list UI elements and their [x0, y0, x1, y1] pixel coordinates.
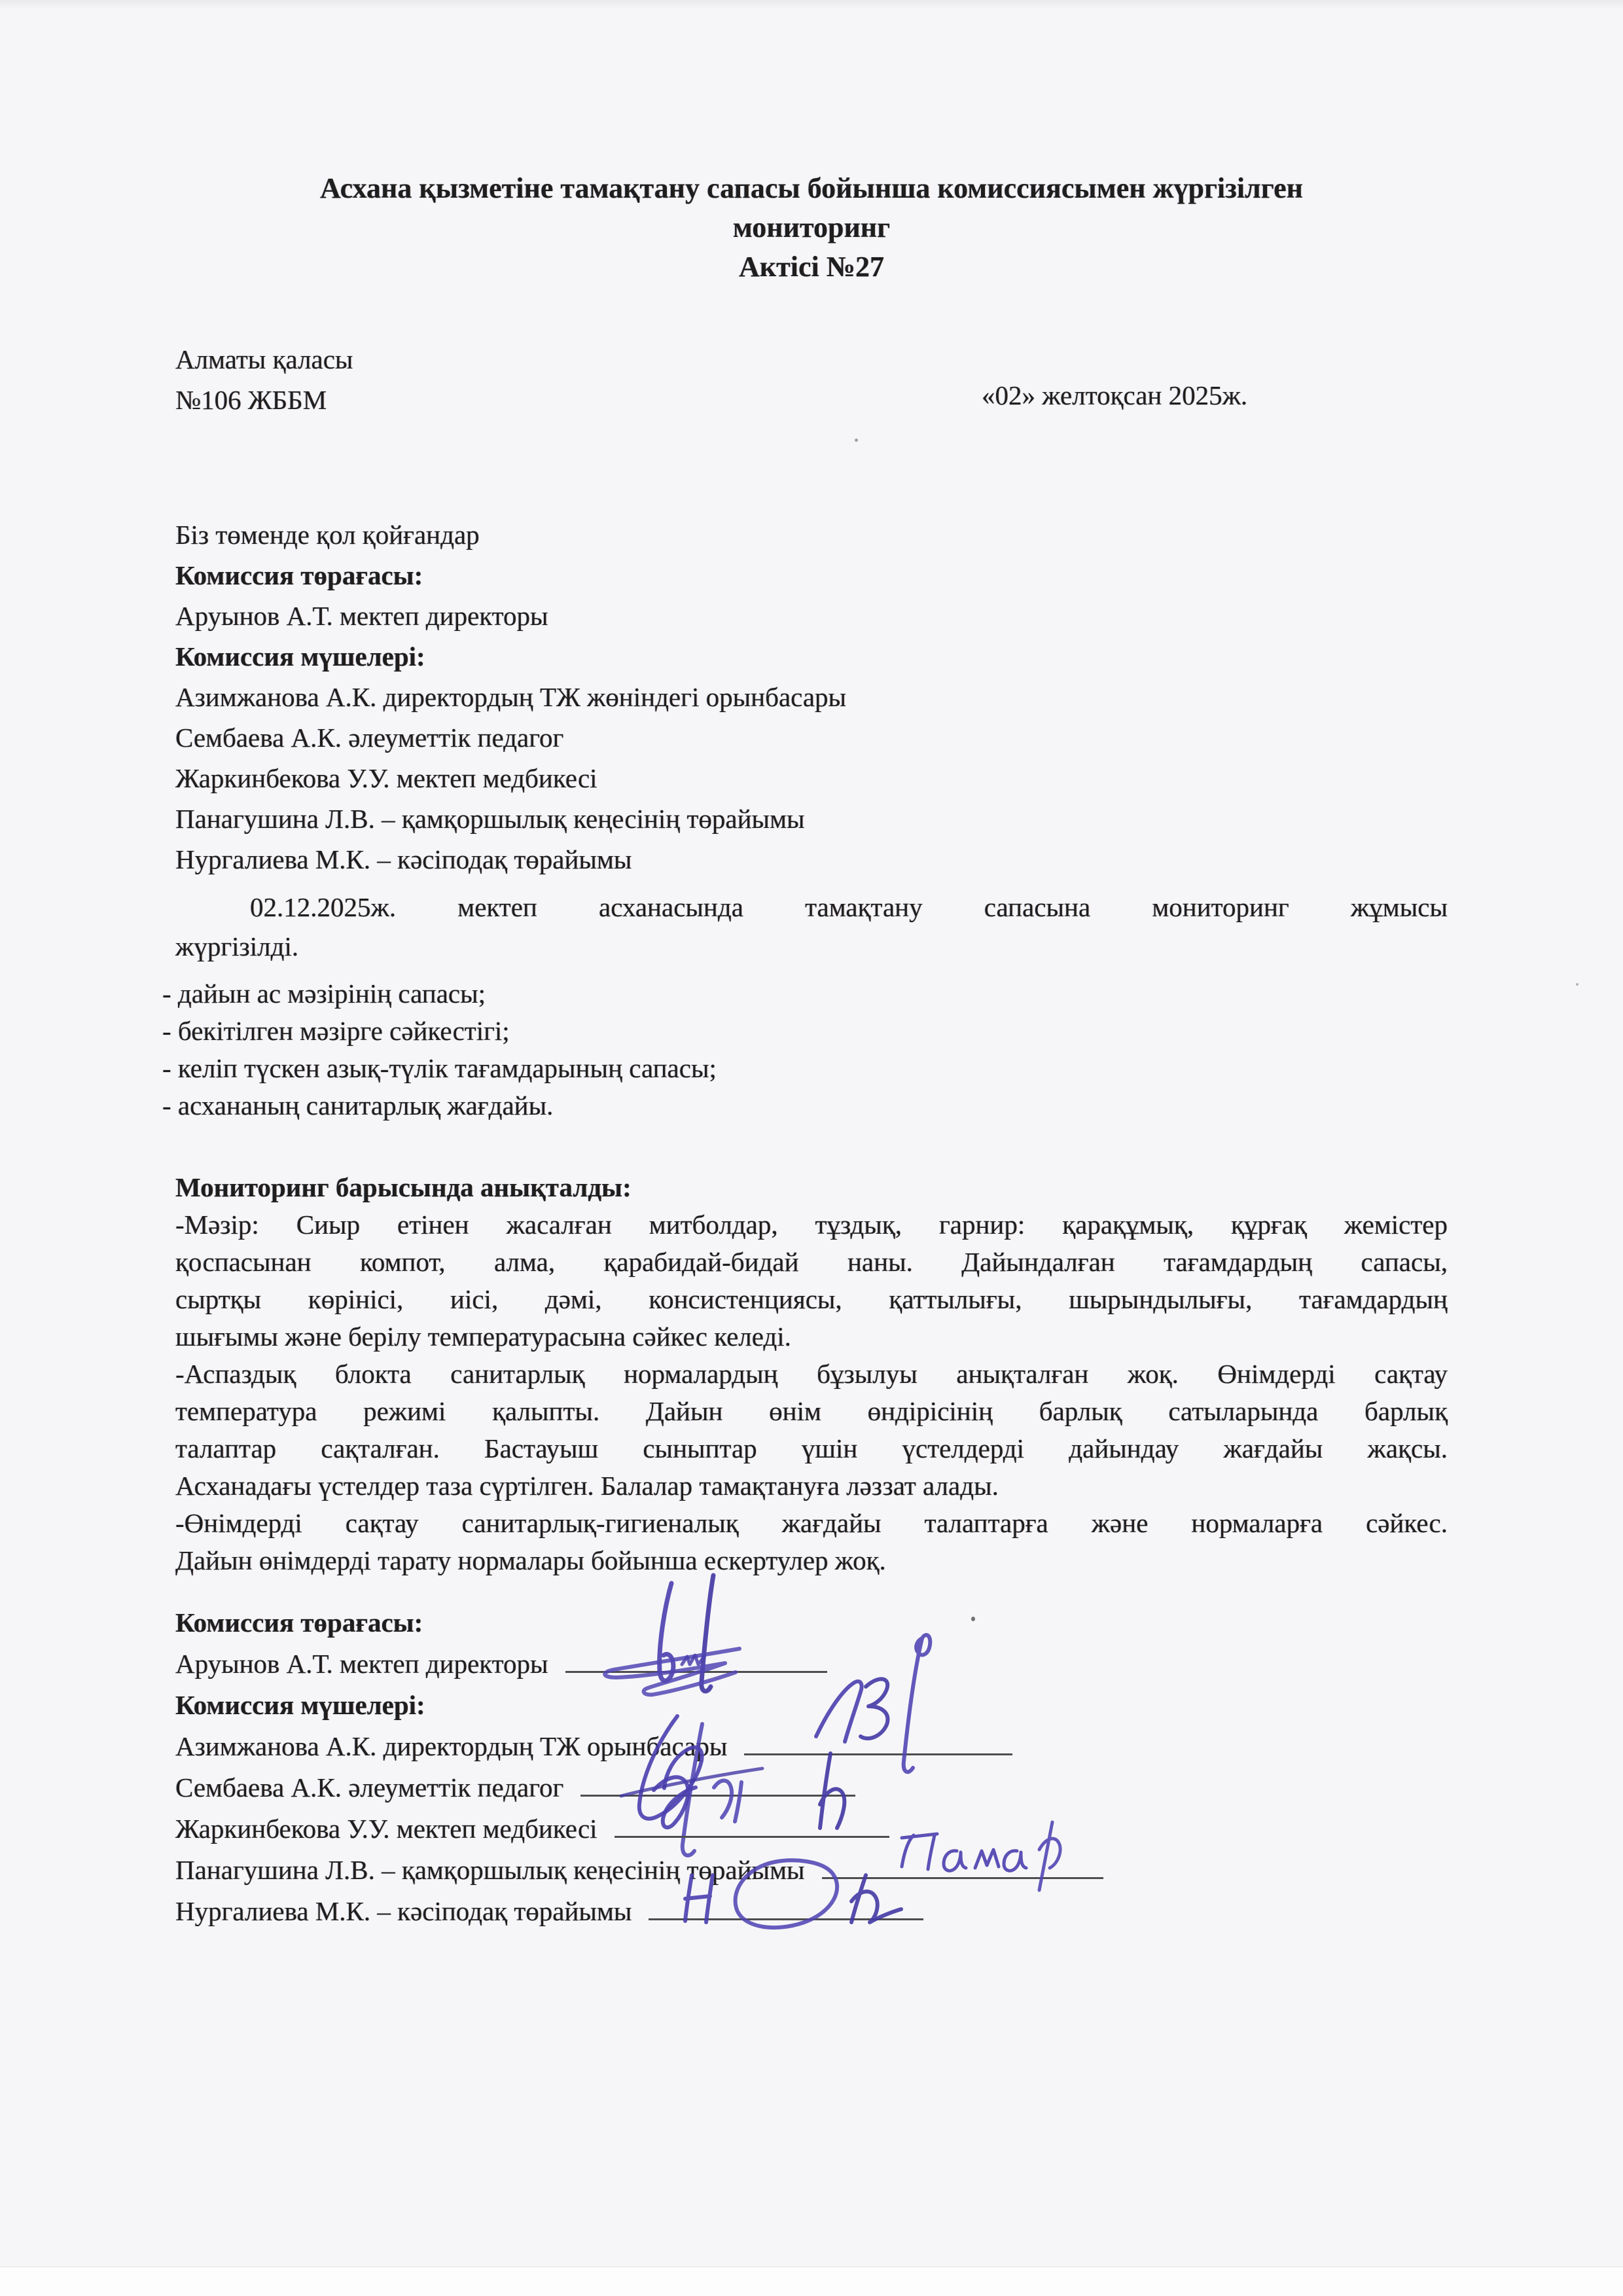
- title-line-1: Асхана қызметіне тамақтану сапасы бойынш…: [175, 169, 1448, 208]
- monitoring-paragraph: 02.12.2025ж. мектеп асханасында тамақтан…: [175, 888, 1448, 966]
- findings-section: Мониторинг барысында анықталды: -Мәзір: …: [175, 1169, 1448, 1579]
- commission-intro: Біз төменде қол қойғандар Комиссия төрағ…: [175, 514, 1448, 880]
- scanner-bottom-edge: [0, 2267, 1623, 2296]
- paragraph-line: жүргізілді.: [175, 927, 1448, 966]
- signature-row: Нургалиева М.К. – кәсіподақ төрайымы: [175, 1891, 1448, 1932]
- signature-underline: [580, 1788, 855, 1797]
- signature-underline: [649, 1912, 923, 1920]
- signature-row: Азимжанова А.К. директордың ТЖ орынбасар…: [175, 1726, 1448, 1767]
- member-item: Нургалиева М.К. – кәсіподақ төрайымы: [175, 839, 1448, 880]
- scan-speck: [971, 1617, 975, 1621]
- checklist-item: - бекітілген мәзірге сәйкестігі;: [162, 1013, 1448, 1050]
- meta-block: Алматы қаласы №106 ЖББМ «02» желтоқсан 2…: [175, 339, 1448, 420]
- signature-row: Жаркинбекова У.У. мектеп медбикесі: [175, 1808, 1448, 1850]
- scan-speck: [1576, 983, 1578, 986]
- findings-line: сыртқы көрінісі, иісі, дәмі, консистенци…: [175, 1281, 1448, 1318]
- scanned-document-page: Асхана қызметіне тамақтану сапасы бойынш…: [0, 0, 1623, 2296]
- checklist-item: - келіп түскен азық-түлік тағамдарының с…: [162, 1050, 1448, 1087]
- signature-underline: [615, 1829, 889, 1838]
- chairman-name: Аруынов А.Т. мектеп директоры: [175, 596, 1448, 636]
- findings-line: шығымы және берілу температурасына сәйке…: [175, 1318, 1448, 1355]
- findings-line: Дайын өнімдерді тарату нормалары бойынша…: [175, 1542, 1448, 1579]
- checklist: - дайын ас мәзірінің сапасы; - бекітілге…: [162, 975, 1448, 1124]
- member-item: Панагушина Л.В. – қамқоршылық кеңесінің …: [175, 798, 1448, 839]
- document-date: «02» желтоқсан 2025ж.: [982, 380, 1247, 411]
- act-number: Актісі №27: [175, 247, 1448, 287]
- paragraph-line: 02.12.2025ж. мектеп асханасында тамақтан…: [175, 888, 1448, 927]
- document-title: Асхана қызметіне тамақтану сапасы бойынш…: [175, 169, 1448, 287]
- checklist-item: - дайын ас мәзірінің сапасы;: [162, 975, 1448, 1013]
- signature-row: Аруынов А.Т. мектеп директоры: [175, 1643, 1448, 1685]
- opening-line: Біз төменде қол қойғандар: [175, 514, 1448, 555]
- signature-chairman-label: Комиссия төрағасы:: [175, 1602, 1448, 1643]
- findings-line: Асханадағы үстелдер таза сүртілген. Бала…: [175, 1467, 1448, 1505]
- findings-line: қоспасынан компот, алма, қарабидай-бидай…: [175, 1244, 1448, 1281]
- chairman-label: Комиссия төрағасы:: [175, 555, 1448, 596]
- city: Алматы қаласы: [175, 339, 1448, 380]
- signee-name: Сембаева А.К. әлеуметтік педагог: [175, 1772, 563, 1803]
- checklist-item: - асхананың санитарлық жағдайы.: [162, 1087, 1448, 1124]
- signee-name: Азимжанова А.К. директордың ТЖ орынбасар…: [175, 1731, 727, 1761]
- signature-row: Панагушина Л.В. – қамқоршылық кеңесінің …: [175, 1850, 1448, 1891]
- member-item: Азимжанова А.К. директордың ТЖ жөніндегі…: [175, 677, 1448, 717]
- findings-line: -Өнімдерді сақтау санитарлық-гигиеналық …: [175, 1505, 1448, 1542]
- findings-line: -Мәзір: Сиыр етінен жасалған митболдар, …: [175, 1206, 1448, 1244]
- signature-underline: [822, 1871, 1103, 1879]
- school: №106 ЖББМ: [175, 380, 1448, 420]
- findings-line: температура режимі қалыпты. Дайын өнім ө…: [175, 1393, 1448, 1430]
- signee-name: Нургалиева М.К. – кәсіподақ төрайымы: [175, 1896, 632, 1926]
- findings-line: -Аспаздық блокта санитарлық нормалардың …: [175, 1355, 1448, 1393]
- member-item: Сембаева А.К. әлеуметтік педагог: [175, 717, 1448, 758]
- scan-speck: [855, 439, 858, 442]
- title-line-2: мониторинг: [175, 208, 1448, 247]
- signature-underline: [565, 1664, 827, 1673]
- signee-name: Панагушина Л.В. – қамқоршылық кеңесінің …: [175, 1855, 805, 1885]
- findings-line: талаптар сақталған. Бастауыш сыныптар үш…: [175, 1430, 1448, 1467]
- signature-section: Комиссия төрағасы: Аруынов А.Т. мектеп д…: [175, 1602, 1448, 1932]
- members-label: Комиссия мүшелері:: [175, 636, 1448, 677]
- signee-name: Аруынов А.Т. мектеп директоры: [175, 1649, 548, 1679]
- signature-row: Сембаева А.К. әлеуметтік педагог: [175, 1767, 1448, 1808]
- signature-members-label: Комиссия мүшелері:: [175, 1685, 1448, 1726]
- signature-underline: [744, 1747, 1012, 1755]
- signee-name: Жаркинбекова У.У. мектеп медбикесі: [175, 1814, 597, 1844]
- findings-heading: Мониторинг барысында анықталды:: [175, 1169, 1448, 1206]
- member-item: Жаркинбекова У.У. мектеп медбикесі: [175, 758, 1448, 798]
